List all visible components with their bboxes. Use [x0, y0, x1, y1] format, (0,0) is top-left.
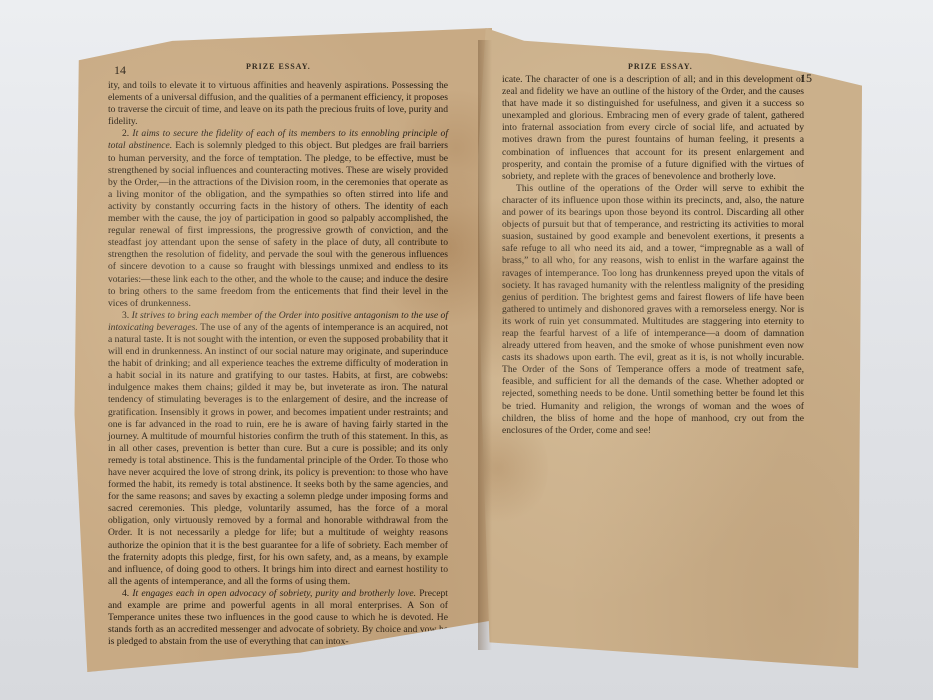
running-header: PRIZE ESSAY. [246, 62, 311, 71]
paragraph: 2. It aims to secure the fidelity of eac… [108, 128, 448, 309]
paragraph: icate. The character of one is a descrip… [502, 74, 804, 183]
page-body: icate. The character of one is a descrip… [502, 74, 804, 437]
right-page: PRIZE ESSAY. 15 icate. The character of … [478, 28, 862, 668]
page-number: 14 [114, 63, 126, 78]
paragraph: This outline of the operations of the Or… [502, 183, 804, 437]
running-header: PRIZE ESSAY. [628, 62, 693, 71]
page-body: ity, and toils to elevate it to virtuous… [108, 80, 448, 648]
paragraph: 3. It strives to bring each member of th… [108, 310, 448, 588]
paragraph: ity, and toils to elevate it to virtuous… [108, 80, 448, 128]
left-page: 14 PRIZE ESSAY. ity, and toils to elevat… [66, 28, 492, 672]
book-spine [478, 40, 492, 650]
